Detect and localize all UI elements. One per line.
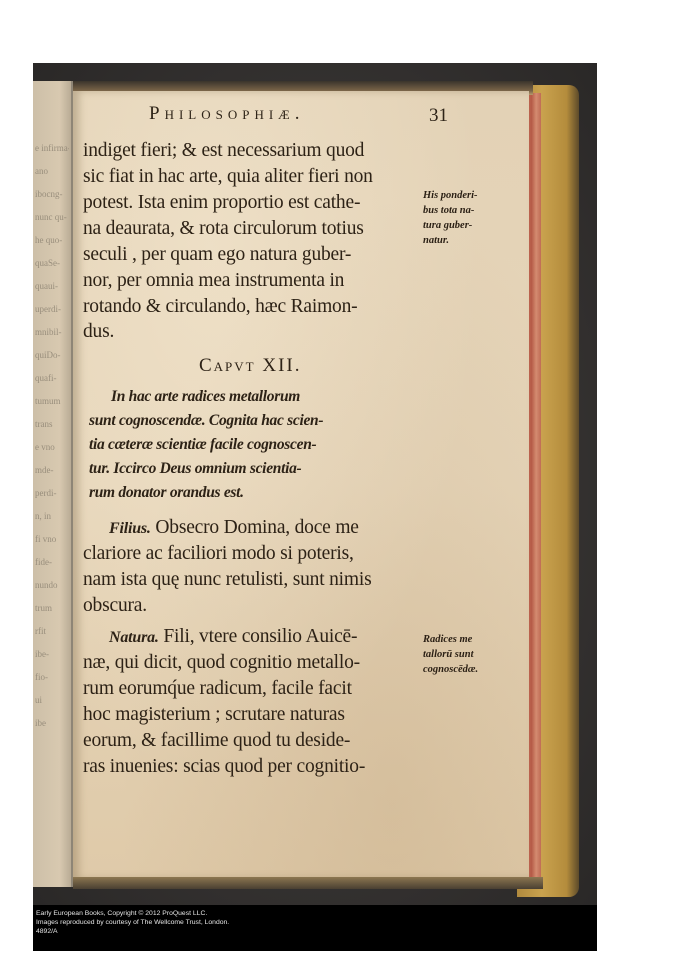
margin-note-line: Radices me: [423, 632, 472, 647]
margin-note-line: cognoscēdæ.: [423, 662, 478, 677]
margin-note-line: bus tota na-: [423, 203, 474, 218]
facing-text: n, in: [35, 511, 69, 522]
facing-text: trum: [35, 603, 69, 614]
copyright-footer: Early European Books, Copyright © 2012 P…: [33, 905, 597, 951]
facing-text: quaSe-: [35, 258, 69, 269]
facing-text: he quo-: [35, 235, 69, 246]
text-line: na deaurata, & rota circulorum totius: [83, 217, 364, 241]
margin-note-line: tura guber-: [423, 218, 472, 233]
facing-text: ano: [35, 166, 69, 177]
text-line: Filius. Obsecro Domina, doce me: [109, 516, 359, 541]
footer-courtesy: Images reproduced by courtesy of The Wel…: [36, 919, 229, 926]
text-line: rotando & circulando, hæc Raimon-: [83, 295, 357, 319]
text-line: ras inuenies: scias quod per cognitio-: [83, 755, 365, 779]
summary-line: tur. Iccirco Deus omnium scientia-: [89, 457, 301, 481]
page-number: 31: [429, 105, 448, 127]
facing-text: e vno: [35, 442, 69, 453]
facing-text: rfit: [35, 626, 69, 637]
book-scan: e infirma- ano ibocng- nunc qu- he quo- …: [33, 63, 597, 905]
line-text: Fili, vtere consilio Auicē-: [159, 626, 358, 647]
running-head-title: Philosophiæ.: [149, 103, 305, 125]
facing-text: nunc qu-: [35, 212, 69, 223]
facing-text: e infirma-: [35, 143, 69, 154]
text-line: obscura.: [83, 594, 147, 618]
footer-shelfmark: 4892/A: [36, 928, 58, 935]
summary-line: In hac arte radices metallorum: [111, 385, 300, 409]
text-line: eorum, & facillime quod tu deside-: [83, 729, 350, 753]
facing-text: fide-: [35, 557, 69, 568]
text-line: indiget fieri; & est necessarium quod: [83, 139, 364, 163]
margin-note-line: His ponderi-: [423, 188, 478, 203]
facing-page-edge: e infirma- ano ibocng- nunc qu- he quo- …: [33, 81, 73, 887]
facing-text: uperdi-: [35, 304, 69, 315]
facing-text: perdi-: [35, 488, 69, 499]
facing-text: mde-: [35, 465, 69, 476]
text-line: Natura. Fili, vtere consilio Auicē-: [109, 625, 357, 650]
line-text: Obsecro Domina, doce me: [151, 517, 359, 538]
summary-line: tia cæteræ scientiæ facile cognoscen-: [89, 433, 316, 457]
footer-copyright: Early European Books, Copyright © 2012 P…: [36, 910, 207, 917]
facing-text: quafi-: [35, 373, 69, 384]
text-line: hoc magisterium ; scrutare naturas: [83, 703, 345, 727]
facing-text: quiDo-: [35, 350, 69, 361]
margin-note-line: tallorū sunt: [423, 647, 474, 662]
facing-text: fi vno: [35, 534, 69, 545]
facing-text: quaui-: [35, 281, 69, 292]
facing-text: trans: [35, 419, 69, 430]
text-line: sic fiat in hac arte, quia aliter fieri …: [83, 165, 373, 189]
facing-text: ui: [35, 695, 69, 706]
chapter-heading: Capvt XII.: [199, 355, 302, 377]
facing-text: ibe-: [35, 649, 69, 660]
facing-text: mnibil-: [35, 327, 69, 338]
text-line: clariore ac faciliori modo si poteris,: [83, 542, 354, 566]
running-head: Philosophiæ. 31: [103, 103, 473, 127]
text-line: potest. Ista enim proportio est cathe-: [83, 191, 360, 215]
text-line: næ, qui dicit, quod cognitio metallo-: [83, 651, 360, 675]
facing-text: tumum: [35, 396, 69, 407]
speaker-name: Natura.: [109, 629, 159, 646]
text-line: dus.: [83, 320, 114, 344]
facing-text: nundo: [35, 580, 69, 591]
text-line: nam ista quę nunc retulisti, sunt nimis: [83, 568, 371, 592]
summary-line: sunt cognoscendæ. Cognita hac scien-: [89, 409, 323, 433]
page-bottom-shadow: [73, 877, 543, 889]
margin-note-line: natur.: [423, 233, 449, 248]
facing-text: fio-: [35, 672, 69, 683]
speaker-name: Filius.: [109, 520, 151, 537]
facing-text: ibocng-: [35, 189, 69, 200]
text-line: nor, per omnia mea instrumenta in: [83, 269, 344, 293]
text-line: rum eorumq́ue radicum, facile facit: [83, 677, 352, 701]
summary-line: rum donator orandus est.: [89, 481, 244, 505]
text-line: seculi , per quam ego natura guber-: [83, 243, 351, 267]
facing-text: ibe: [35, 718, 69, 729]
